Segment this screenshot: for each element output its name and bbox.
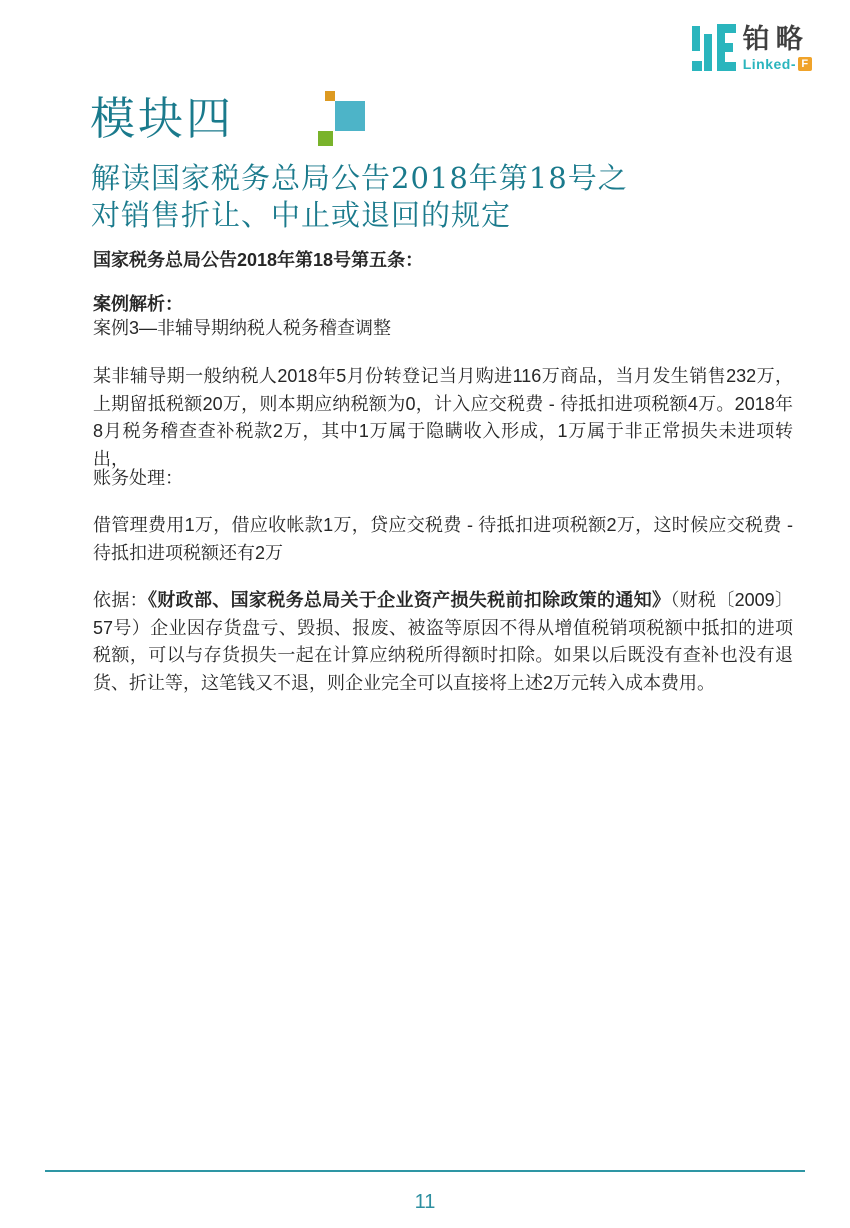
logo-name-en-text: Linked-	[743, 57, 796, 71]
linked-f-logo-icon	[692, 24, 736, 73]
article-heading: 国家税务总局公告2018年第18号第五条：	[93, 247, 793, 275]
legal-basis-paragraph: 依据：《财政部、国家税务总局关于企业资产损失税前扣除政策的通知》（财税〔2009…	[93, 587, 793, 697]
document-page: 铂略 Linked- F 模块四 解读国家税务总局公告2018年第18号之 对销…	[0, 0, 850, 1228]
accounting-heading: 账务处理：	[93, 465, 793, 493]
deco-orange-square	[325, 91, 335, 101]
accounting-paragraph: 借管理费用1万，借应收帐款1万，贷应交税费 - 待抵扣进项税额2万，这时候应交税…	[93, 512, 793, 567]
case-subheading: 案例3—非辅导期纳税人税务稽查调整	[93, 315, 793, 343]
subtitle-line-1: 解读国家税务总局公告2018年第18号之	[91, 160, 628, 197]
subtitle-line-2: 对销售折让、中止或退回的规定	[91, 197, 628, 234]
logo-name-cn: 铂略	[743, 24, 812, 55]
logo-name-en: Linked- F	[743, 57, 812, 71]
page-subtitle: 解读国家税务总局公告2018年第18号之 对销售折让、中止或退回的规定	[91, 160, 628, 234]
basis-document-title: 《财政部、国家税务总局关于企业资产损失税前扣除政策的通知》	[148, 590, 670, 610]
basis-prefix: 依据：	[93, 590, 148, 610]
case-paragraph: 某非辅导期一般纳税人2018年5月份转登记当月购进116万商品，当月发生销售23…	[93, 363, 793, 473]
deco-green-square	[318, 131, 333, 146]
page-number: 11	[0, 1191, 850, 1214]
footer-rule	[45, 1170, 805, 1172]
company-logo: 铂略 Linked- F	[692, 24, 812, 73]
logo-f-badge: F	[798, 57, 812, 71]
logo-text: 铂略 Linked- F	[743, 24, 812, 71]
module-title: 模块四	[90, 94, 234, 144]
deco-blue-square	[335, 101, 365, 131]
